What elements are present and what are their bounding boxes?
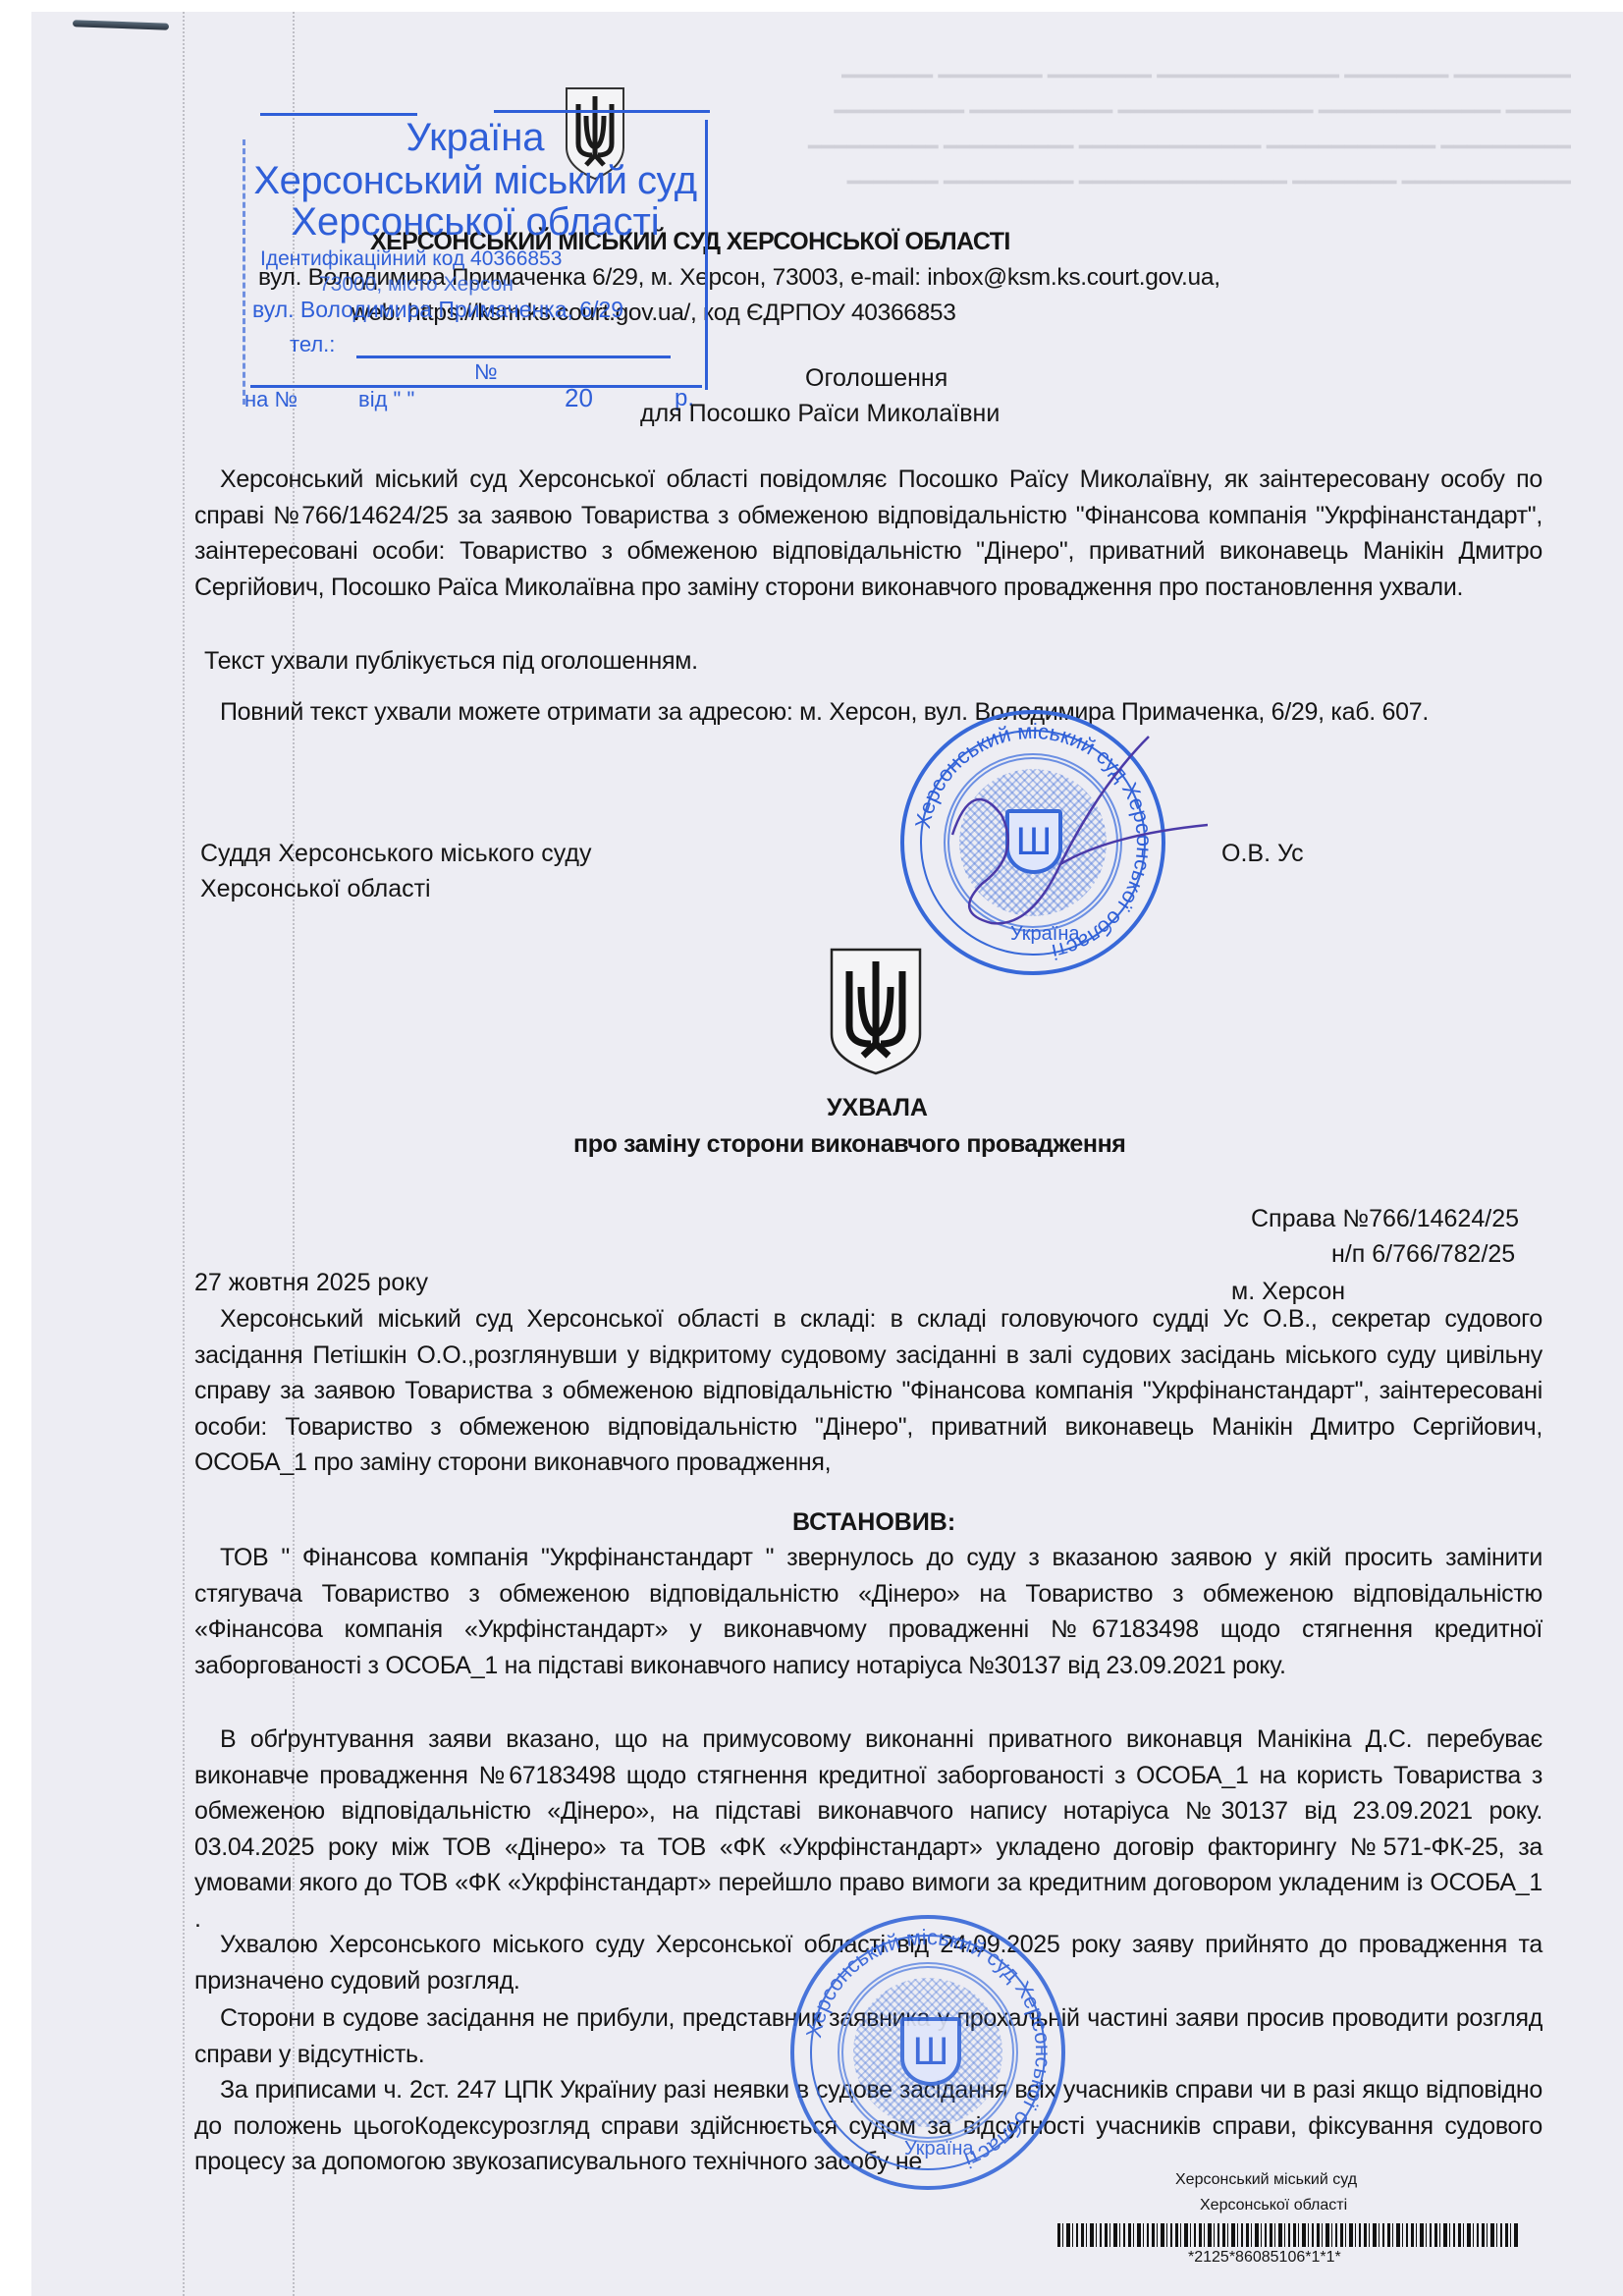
ruling-date: 27 жовтня 2025 року xyxy=(194,1265,428,1300)
svg-text:Херсонський міський суд Херсон: Херсонський міський суд Херсонської обла… xyxy=(801,1925,1055,2173)
stamp-city: 73000, місто Херсон xyxy=(319,273,788,297)
stamp-court: Херсонський міський суд xyxy=(241,159,710,203)
announcement-paragraph: Херсонський міський суд Херсонської обла… xyxy=(194,462,1542,605)
judge-position-line1: Суддя Херсонського міського суду xyxy=(200,836,592,871)
stamp-id-code: Ідентифікаційний код 40366853 xyxy=(260,247,730,271)
proceeding-number: н/п 6/766/782/25 xyxy=(1331,1236,1515,1272)
announcement-addressee: для Посошко Раїси Миколаївни xyxy=(640,396,1000,431)
stamp-street: вул. Володимира Примаченка, 6/29 xyxy=(252,297,722,323)
judge-position-line2: Херсонської області xyxy=(200,871,431,906)
established-heading: ВСТАНОВИВ: xyxy=(792,1504,955,1540)
seal-outer-text: Херсонський міський суд Херсонської обла… xyxy=(801,1925,1055,2173)
registration-stamp: Україна Херсонський міський суд Херсонсь… xyxy=(241,110,710,407)
ruling-title: УХВАЛА xyxy=(827,1090,928,1125)
judge-signature xyxy=(913,717,1208,972)
announcement-title: Оголошення xyxy=(805,360,947,396)
barcode-org-line1: Херсонський міський суд xyxy=(1175,2170,1357,2190)
stamp-phone-label: тел.: xyxy=(290,332,335,357)
ruling-intro: Херсонський міський суд Херсонської обла… xyxy=(194,1301,1542,1481)
coat-of-arms-icon xyxy=(830,948,922,1075)
barcode-code: *2125*86085106*1*1* xyxy=(1188,2249,1341,2267)
seal-bottom-text: Україна xyxy=(904,2138,974,2159)
stamp-region: Херсонської області xyxy=(241,200,710,245)
stamp-number-label: № xyxy=(474,359,498,385)
barcode-org-line2: Херсонської області xyxy=(1200,2196,1347,2215)
fold-line xyxy=(183,12,185,2296)
stamp-year-label: 20 xyxy=(565,383,593,413)
court-seal: Ш Херсонський міський суд Херсонської об… xyxy=(790,1915,1065,2190)
ruling-paragraph: В обґрунтування заяви вказано, що на при… xyxy=(194,1722,1542,1937)
announcement-paragraph: Текст ухвали публікується під оголошення… xyxy=(194,643,1542,680)
ruling-paragraph: ТОВ " Фінансова компанія "Укрфінанстанда… xyxy=(194,1540,1542,1683)
ruling-subtitle: про заміну сторони виконавчого проваджен… xyxy=(573,1126,1125,1162)
judge-name: О.В. Ус xyxy=(1221,836,1304,871)
stamp-date-label: від " " xyxy=(358,387,414,412)
case-number: Справа №766/14624/25 xyxy=(1251,1201,1519,1236)
stamp-reply-label: на № xyxy=(244,387,298,412)
barcode xyxy=(1057,2223,1519,2247)
stamp-country: Україна xyxy=(241,116,710,160)
announcement-paragraph: Повний текст ухвали можете отримати за а… xyxy=(194,694,1542,731)
